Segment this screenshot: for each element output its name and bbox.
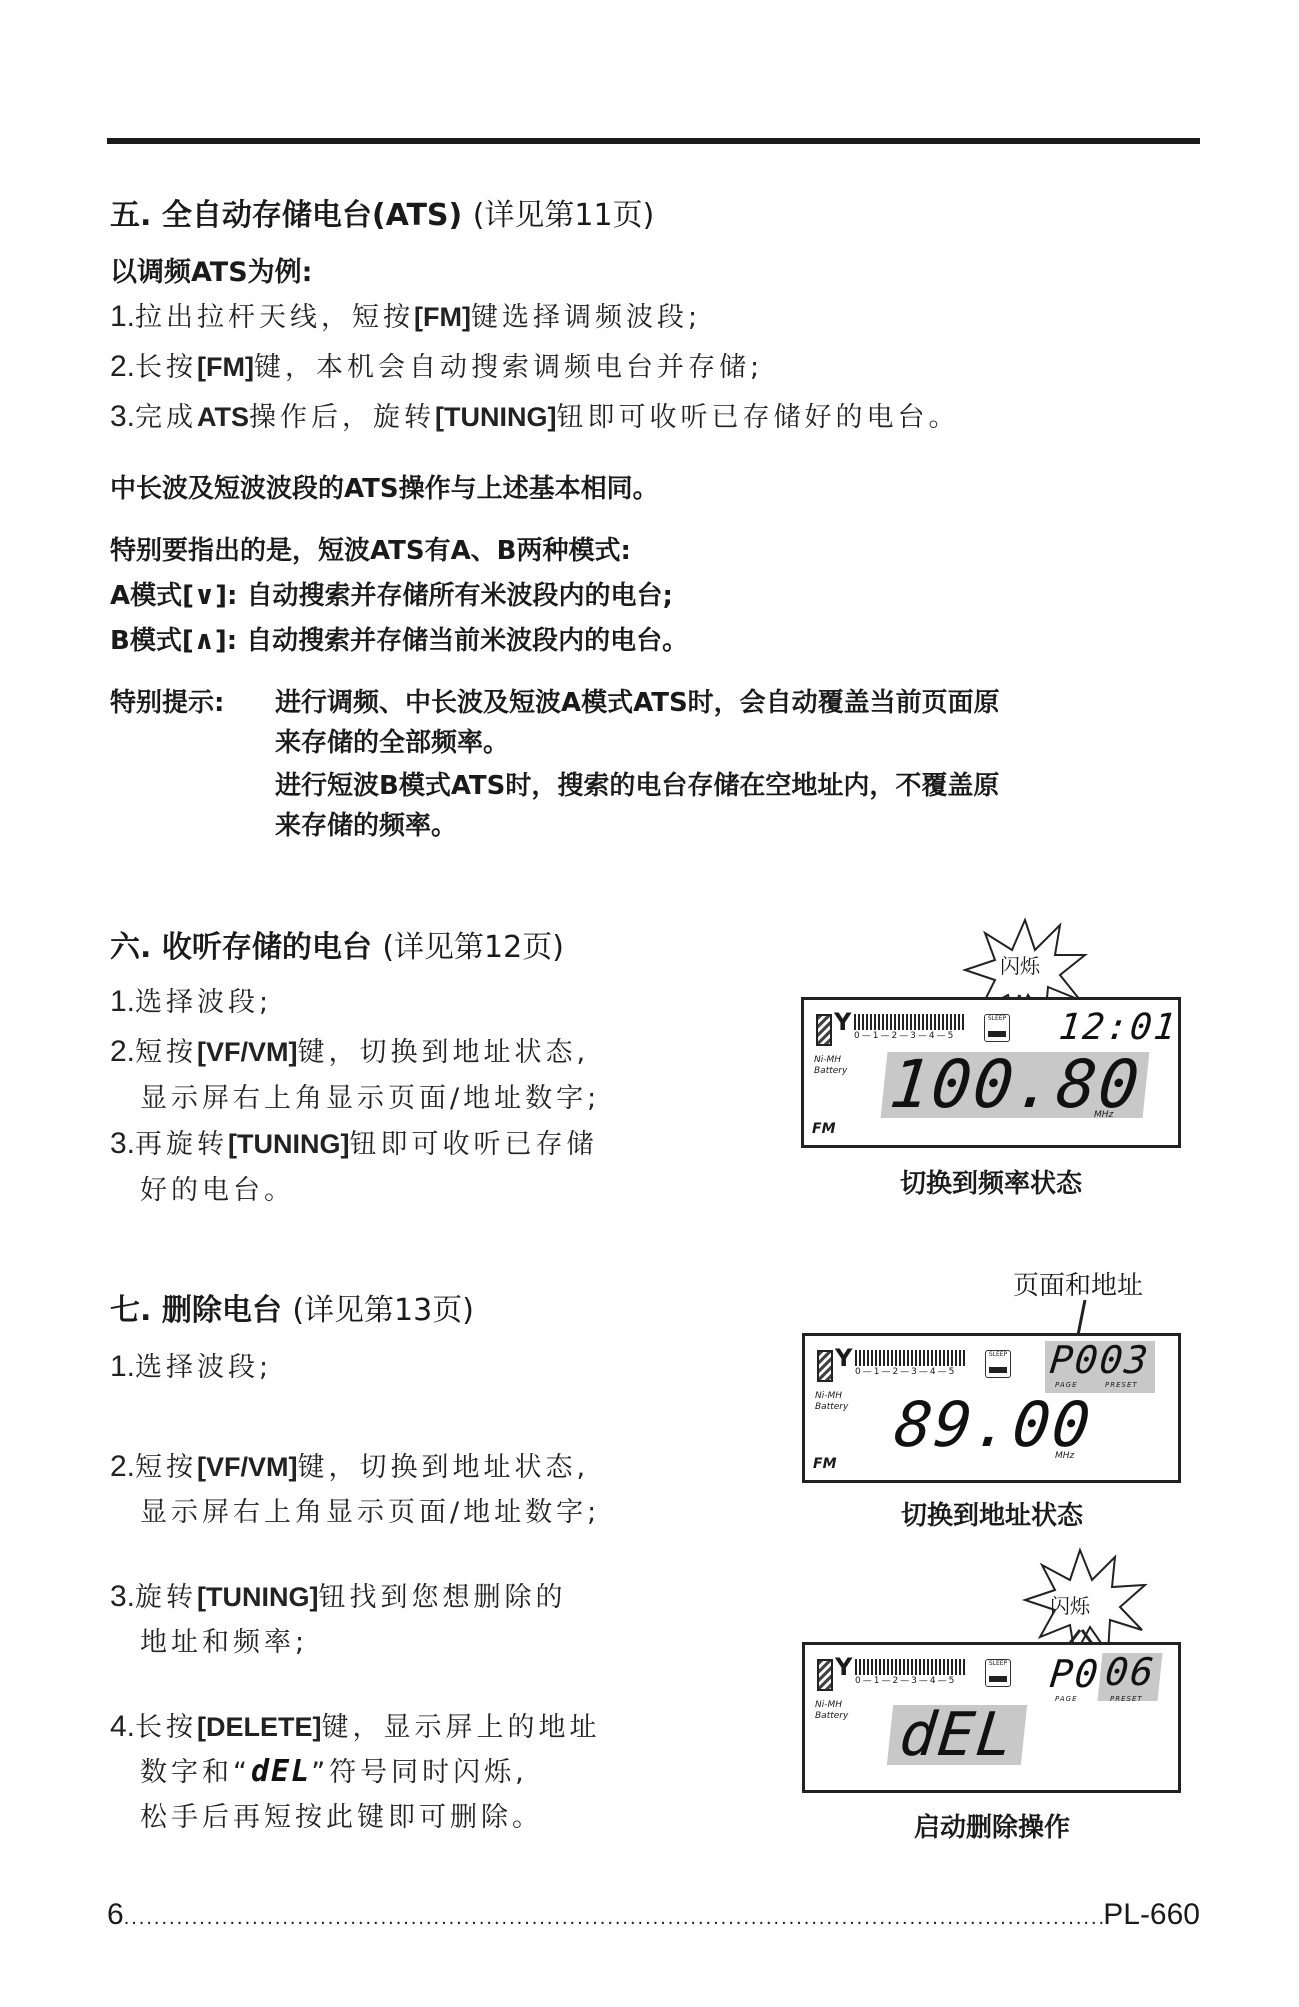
- section7-step-4: 4.长按[DELETE]键，显示屏上的地址: [110, 1705, 601, 1744]
- section5-step-2: 2.长按[FM]键，本机会自动搜索调频电台并存储;: [110, 345, 763, 384]
- section7-step-4-line3: 松手后再短按此键即可删除。: [140, 1795, 543, 1834]
- section5-note-same: 中长波及短波波段的ATS操作与上述基本相同。: [110, 468, 659, 505]
- section7-step-3-line2: 地址和频率;: [140, 1620, 308, 1659]
- tip-line-3: 进行短波B模式ATS时，搜索的电台存储在空地址内，不覆盖原: [275, 765, 999, 802]
- section5-note-modes: 特别要指出的是，短波ATS有A、B两种模式:: [110, 530, 631, 567]
- section5-mode-b: B模式[∧]: 自动搜索并存储当前米波段内的电台。: [110, 620, 688, 657]
- section6-heading: 六. 收听存储的电台 (详见第12页): [110, 922, 564, 966]
- figure-caption: 启动删除操作: [802, 1807, 1182, 1844]
- section7-step-2-line2: 显示屏右上角显示页面/地址数字;: [140, 1490, 600, 1529]
- section6-step-2: 2.短按[VF/VM]键，切换到地址状态,: [110, 1030, 589, 1069]
- section5-step-3: 3.完成ATS操作后，旋转[TUNING]钮即可收听已存储好的电台。: [110, 395, 960, 434]
- band-indicator: FM: [812, 1121, 836, 1137]
- callout-pointer: [1070, 1300, 1090, 1335]
- page-readout: P0: [1048, 1655, 1102, 1693]
- antenna-icon: Y: [834, 1010, 851, 1034]
- battery-icon: [817, 1350, 833, 1382]
- sleep-icon: SLEEP: [985, 1659, 1011, 1687]
- page-reference: (详见第11页): [473, 198, 655, 233]
- section6-step-3-line2: 好的电台。: [140, 1168, 295, 1207]
- page-number: 6: [107, 1898, 124, 1932]
- lcd-display-frequency: Y 0—1—2—3—4—5 Ni-MH Battery SLEEP 12:01 …: [801, 997, 1181, 1148]
- frequency-readout: 89.00: [892, 1394, 1095, 1456]
- signal-bars-icon: [854, 1014, 964, 1030]
- section6-step-2-line2: 显示屏右上角显示页面/地址数字;: [140, 1076, 600, 1115]
- antenna-icon: Y: [835, 1346, 852, 1370]
- battery-label: Ni-MH Battery: [814, 1055, 847, 1077]
- section6-step-1: 1.选择波段;: [110, 980, 272, 1019]
- lcd-display-delete: Y 0—1—2—3—4—5 Ni-MH Battery SLEEP P0 06 …: [802, 1642, 1181, 1793]
- section-title: 全自动存储电台(ATS): [162, 198, 462, 233]
- figure-caption: 切换到频率状态: [801, 1163, 1181, 1200]
- signal-bars-icon: [855, 1659, 965, 1675]
- section-number: 五.: [110, 198, 151, 233]
- dot-leader: ........................................…: [124, 1907, 1104, 1930]
- section5-step-1: 1.拉出拉杆天线，短按[FM]键选择调频波段;: [110, 295, 701, 334]
- flash-callout: 闪烁: [1050, 1590, 1090, 1619]
- model-name: PL-660: [1103, 1898, 1200, 1932]
- top-rule: [107, 138, 1200, 144]
- preset-readout: 06: [1097, 1653, 1162, 1701]
- section7-heading: 七. 删除电台 (详见第13页): [110, 1285, 474, 1329]
- tip-label: 特别提示:: [110, 682, 224, 719]
- page-address-callout: 页面和地址: [1013, 1265, 1143, 1302]
- section5-heading: 五. 全自动存储电台(ATS) (详见第11页): [110, 190, 654, 234]
- figure-caption: 切换到地址状态: [802, 1495, 1182, 1532]
- tip-line-1: 进行调频、中长波及短波A模式ATS时，会自动覆盖当前页面原: [275, 682, 1000, 719]
- page-footer: 6 ......................................…: [107, 1898, 1200, 1932]
- preset-readout: P003: [1048, 1341, 1152, 1379]
- section7-step-1: 1.选择波段;: [110, 1345, 272, 1384]
- flash-callout: 闪烁: [1000, 950, 1040, 979]
- section5-intro: 以调频ATS为例:: [110, 250, 312, 289]
- sleep-icon: SLEEP: [984, 1014, 1010, 1042]
- frequency-readout: 100.80: [881, 1052, 1150, 1118]
- clock-readout: 12:01: [1057, 1010, 1179, 1046]
- battery-icon: [816, 1014, 832, 1046]
- lcd-display-address: Y 0—1—2—3—4—5 Ni-MH Battery SLEEP P003 P…: [802, 1333, 1181, 1483]
- section7-step-2: 2.短按[VF/VM]键，切换到地址状态,: [110, 1445, 589, 1484]
- signal-bars-icon: [855, 1350, 965, 1366]
- section7-step-3: 3.旋转[TUNING]钮找到您想删除的: [110, 1575, 567, 1614]
- battery-icon: [817, 1659, 833, 1691]
- antenna-icon: Y: [835, 1655, 852, 1679]
- delete-readout: dEL: [887, 1705, 1028, 1765]
- band-indicator: FM: [813, 1456, 837, 1472]
- tip-line-4: 来存储的频率。: [275, 805, 457, 842]
- section6-step-3: 3.再旋转[TUNING]钮即可收听已存储: [110, 1122, 598, 1161]
- tip-line-2: 来存储的全部频率。: [275, 722, 509, 759]
- section5-mode-a: A模式[∨]: 自动搜索并存储所有米波段内的电台;: [110, 575, 673, 612]
- section7-step-4-line2: 数字和“dEL”符号同时闪烁,: [140, 1750, 528, 1789]
- sleep-icon: SLEEP: [985, 1350, 1011, 1378]
